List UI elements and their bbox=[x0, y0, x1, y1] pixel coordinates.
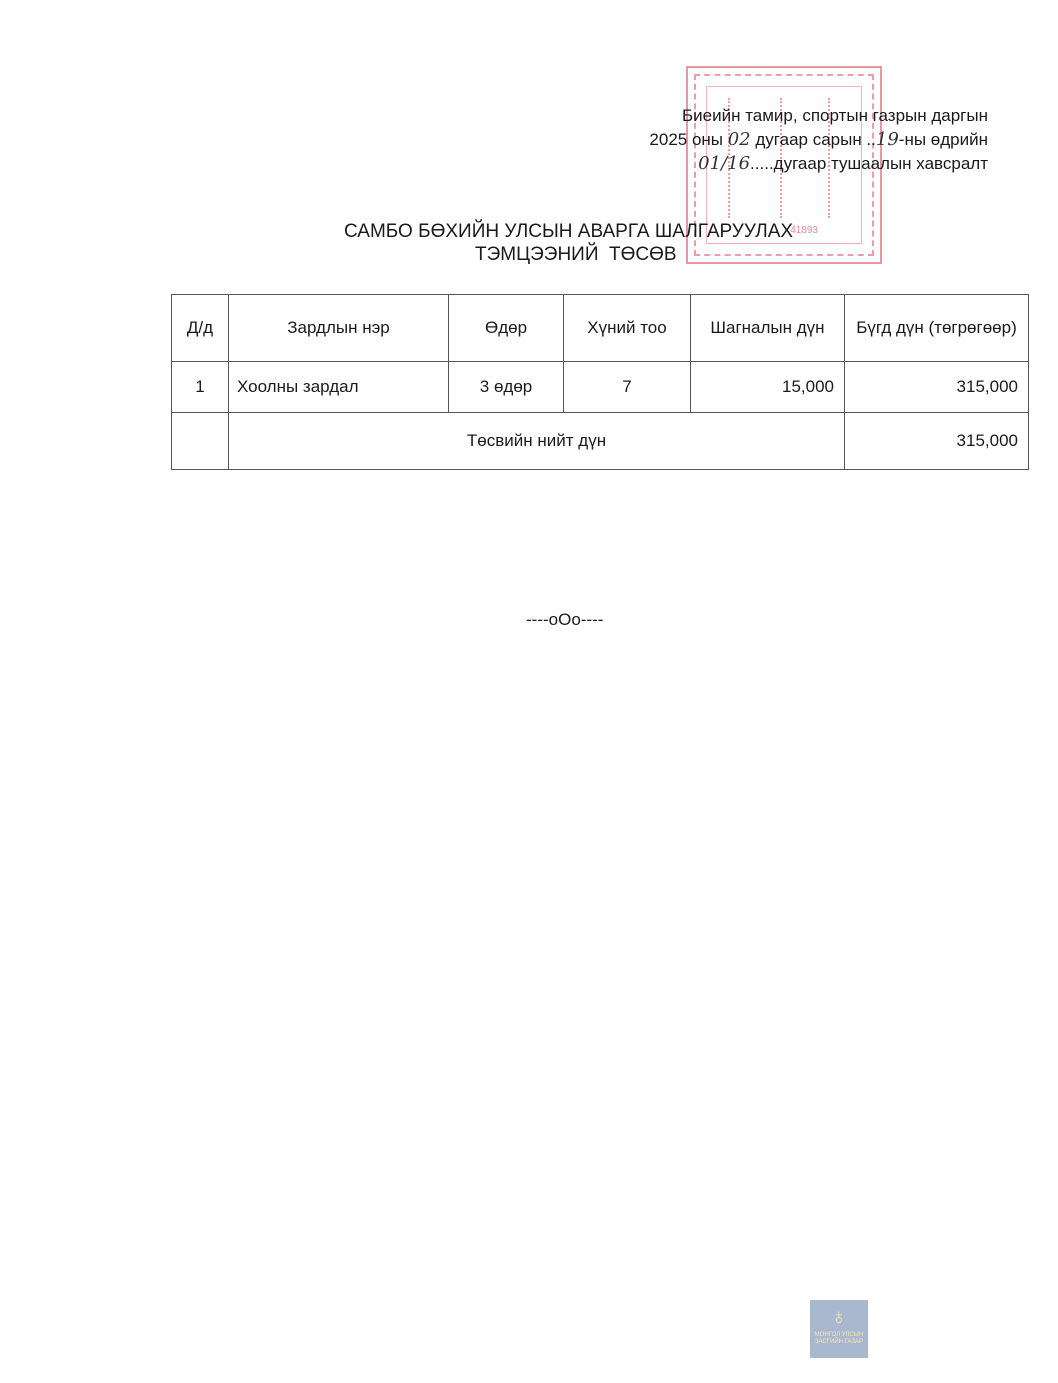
government-logo: ♁ МОНГОЛ УЛСЫН ЗАСГИЙН ГАЗАР bbox=[810, 1300, 868, 1358]
document-header: Биеийн тамир, спортын газрын даргын 2025… bbox=[649, 104, 988, 176]
header-line-3: 01/16.....дугаар тушаалын хавсралт bbox=[649, 152, 988, 176]
cell-no: 1 bbox=[172, 362, 229, 413]
cell-rate: 15,000 bbox=[691, 362, 845, 413]
total-label: Төсвийн нийт дүн bbox=[229, 413, 845, 470]
header-rate: Шагналын дүн bbox=[691, 295, 845, 362]
title-line-2: ТЭМЦЭЭНИЙ ТӨСӨВ bbox=[475, 243, 677, 266]
header-expense-name: Зардлын нэр bbox=[229, 295, 449, 362]
table-total-row: Төсвийн нийт дүн 315,000 bbox=[172, 413, 1029, 470]
header-order-label: .....дугаар тушаалын хавсралт bbox=[750, 154, 988, 173]
header-days: Өдөр bbox=[449, 295, 564, 362]
handwritten-day: 19 bbox=[876, 129, 899, 150]
title-line-1: САМБО БӨХИЙН УЛСЫН АВАРГА ШАЛГАРУУЛАХ bbox=[344, 220, 793, 243]
budget-table: Д/д Зардлын нэр Өдөр Хүний тоо Шагналын … bbox=[171, 294, 1029, 470]
header-people: Хүний тоо bbox=[564, 295, 691, 362]
document-end-mark: ----oOo---- bbox=[526, 610, 603, 630]
header-line-1: Биеийн тамир, спортын газрын даргын bbox=[649, 104, 988, 128]
total-value: 315,000 bbox=[845, 413, 1029, 470]
logo-line-1: МОНГОЛ УЛСЫН bbox=[810, 1332, 868, 1339]
cell-empty bbox=[172, 413, 229, 470]
table-row: 1 Хоолны зардал 3 өдөр 7 15,000 315,000 bbox=[172, 362, 1029, 413]
header-no: Д/д bbox=[172, 295, 229, 362]
handwritten-month: 02 bbox=[728, 129, 751, 150]
table-header-row: Д/д Зардлын нэр Өдөр Хүний тоо Шагналын … bbox=[172, 295, 1029, 362]
handwritten-order-number: 01/16 bbox=[698, 153, 750, 174]
header-month-label: дугаар сарын .. bbox=[751, 130, 876, 149]
header-year: 2025 оны bbox=[649, 130, 727, 149]
cell-people: 7 bbox=[564, 362, 691, 413]
soyombo-icon: ♁ bbox=[810, 1302, 868, 1332]
header-day-label: -ны өдрийн bbox=[899, 130, 988, 149]
cell-name: Хоолны зардал bbox=[229, 362, 449, 413]
cell-days: 3 өдөр bbox=[449, 362, 564, 413]
stamp-number: 41893 bbox=[790, 225, 818, 236]
header-total: Бүгд дүн (төгрөгөөр) bbox=[845, 295, 1029, 362]
logo-line-2: ЗАСГИЙН ГАЗАР bbox=[810, 1339, 868, 1346]
header-line-2: 2025 оны 02 дугаар сарын ..19-ны өдрийн bbox=[649, 128, 988, 152]
cell-total: 315,000 bbox=[845, 362, 1029, 413]
